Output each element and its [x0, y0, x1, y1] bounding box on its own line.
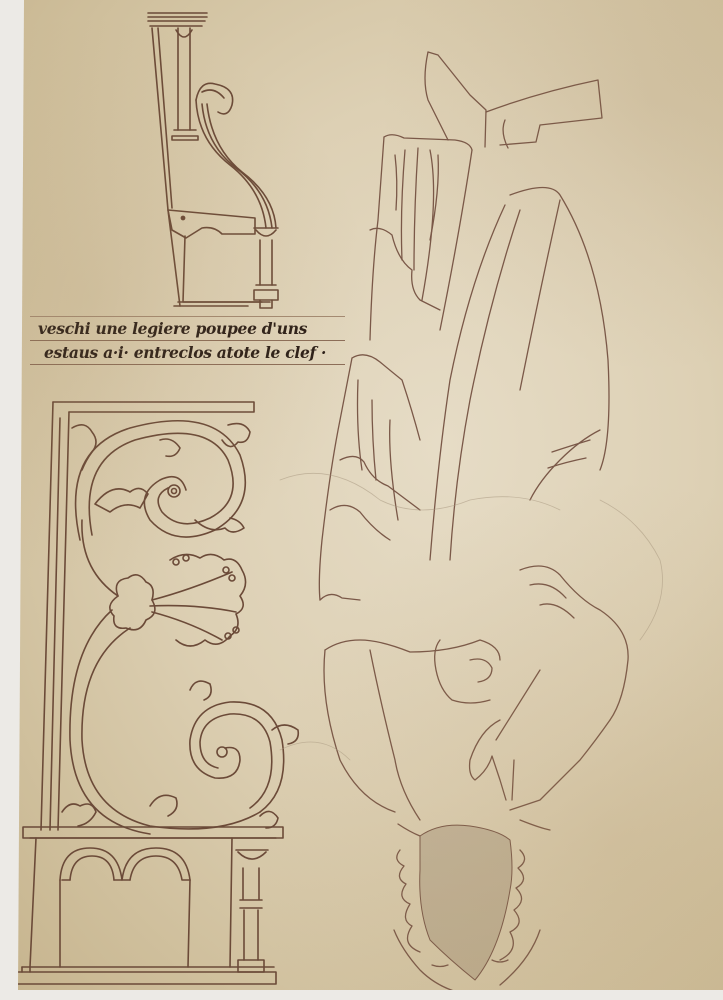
faint-underdrawing	[280, 473, 663, 760]
draped-figure-drawing	[319, 52, 628, 990]
caption-line-1: veschi une legiere poupee d'uns	[30, 316, 345, 341]
drawings-svg	[18, 0, 723, 990]
manuscript-page: veschi une legiere poupee d'uns estaus a…	[18, 0, 723, 990]
scroll-stall-end-drawing	[18, 402, 298, 984]
caption: veschi une legiere poupee d'uns estaus a…	[30, 316, 345, 365]
caption-line-2: estaus a·i· entreclos atote le clef ·	[30, 341, 345, 365]
choir-stall-end-drawing	[148, 13, 278, 308]
